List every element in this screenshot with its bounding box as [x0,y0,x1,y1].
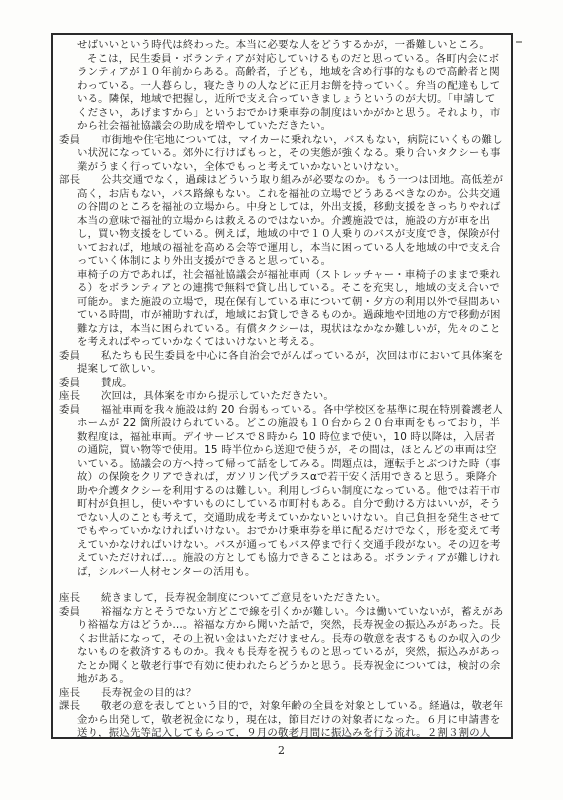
speech-text: 続きまして，長寿祝金制度についてご意見をいただきたい。 [101,592,387,604]
speech-text: 車椅子の方であれば，社会福祉協議会が福祉車両（ストレッチャー・車椅子のままで乗れ… [77,269,501,349]
speech-text: 公共交通でなく，過疎はどういう取り組みが必要なのか。もう一つは団地。高低差が高く… [77,174,503,267]
speech-text: 敬老の意を表してという目的で，対象年齢の全員を対象としている。経過は，敬老年金か… [77,700,503,739]
speaker-label: 委員 [59,606,101,620]
speaker-label: 委員 [59,134,101,148]
speaker-label: 委員 [59,350,101,364]
speech-block: 委員賛成。 [77,377,504,391]
speech-text: 次回は，具体案を市から提示していただきたい。 [101,390,334,402]
speech-block: 委員裕福な方とそうでない方どこで線を引くかが難しい。今は働いていないが，蓄えがあ… [77,606,504,687]
speech-text: せばいいという時代は終わった。本当に必要な人をどうするかが，一番難しいところ。 [77,39,490,51]
speaker-label: 課長 [59,700,101,714]
scanned-page: せばいいという時代は終わった。本当に必要な人をどうするかが，一番難しいところ。そ… [0,0,563,800]
document-border-box: せばいいという時代は終わった。本当に必要な人をどうするかが，一番難しいところ。そ… [51,33,513,739]
speech-block: 部長公共交通でなく，過疎はどういう取り組みが必要なのか。もう一つは団地。高低差が… [77,174,504,269]
speech-block: 課長敬老の意を表してという目的で，対象年齢の全員を対象としている。経過は，敬老年… [77,700,504,739]
page-number: 2 [0,744,563,757]
speech-block: 車椅子の方であれば，社会福祉協議会が福祉車両（ストレッチャー・車椅子のままで乗れ… [77,269,504,350]
speech-block: そこは，民生委員・ボランティアが対応していけるものだと思っている。各町内会にボラ… [77,53,504,134]
speaker-label: 部長 [59,174,101,188]
speech-block: 委員私たちも民生委員を中心に各自治会でがんばっているが，次回は市において具体案を… [77,350,504,377]
speech-block: せばいいという時代は終わった。本当に必要な人をどうするかが，一番難しいところ。 [77,39,504,53]
scan-artifact [516,41,522,43]
speaker-label: 委員 [59,377,101,391]
speech-block: 委員市街地や住宅地については，マイカーに乗れない，バスもない，病院にいくもの難し… [77,134,504,175]
speech-text: 賛成。 [101,377,133,389]
speech-text: 福祉車両を我々施設は約 20 台弱もっている。各中学校区を基準に現在特別養護老人… [77,404,503,578]
speech-block: 座長次回は，具体案を市から提示していただきたい。 [77,390,504,404]
speech-text: 長寿祝金の目的は？ [101,687,196,699]
speaker-label: 座長 [59,592,101,606]
speech-block: 委員福祉車両を我々施設は約 20 台弱もっている。各中学校区を基準に現在特別養護… [77,404,504,580]
speech-text: 私たちも民生委員を中心に各自治会でがんばっているが，次回は市において具体案を提案… [77,350,503,376]
speech-text: 裕福な方とそうでない方どこで線を引くかが難しい。今は働いていないが，蓄えがあり裕… [77,606,503,686]
speaker-label: 委員 [59,404,101,418]
speaker-label: 座長 [59,390,101,404]
speech-text: 市街地や住宅地については，マイカーに乗れない，バスもない，病院にいくもの難しい状… [77,134,503,173]
speaker-label: 座長 [59,687,101,701]
speech-block: 座長長寿祝金の目的は？ [77,687,504,701]
speech-text: そこは，民生委員・ボランティアが対応していけるものだと思っている。各町内会にボラ… [77,53,501,133]
speech-block: 座長続きまして，長寿祝金制度についてご意見をいただきたい。 [77,592,504,606]
minutes-text: せばいいという時代は終わった。本当に必要な人をどうするかが，一番難しいところ。そ… [59,39,504,739]
